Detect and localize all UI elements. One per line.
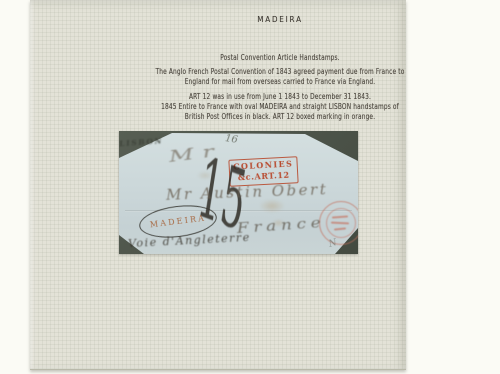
page-title: MADEIRA xyxy=(100,15,460,24)
intro-line-1: The Anglo French Postal Convention of 18… xyxy=(124,67,436,76)
page-subtitle: Postal Convention Article Handstamps. xyxy=(124,53,436,62)
album-page: MADEIRA Postal Convention Article Handst… xyxy=(30,0,406,370)
caption-line-1: ART 12 was in use from June 1 1843 to De… xyxy=(124,92,436,101)
cover-photo: 16 LISBON Mr COLONIES &c.ART.12 15 Mr Au… xyxy=(119,131,358,254)
madeira-oval-text: MADEIRA xyxy=(149,214,206,230)
foxing-stain xyxy=(259,199,285,213)
intro-line-2: England for mail from overseas carried t… xyxy=(124,77,436,86)
caption-line-3: British Post Offices in black. ART 12 bo… xyxy=(124,112,436,121)
caption-line-2: 1845 Entire to France with oval MADEIRA … xyxy=(124,102,436,111)
